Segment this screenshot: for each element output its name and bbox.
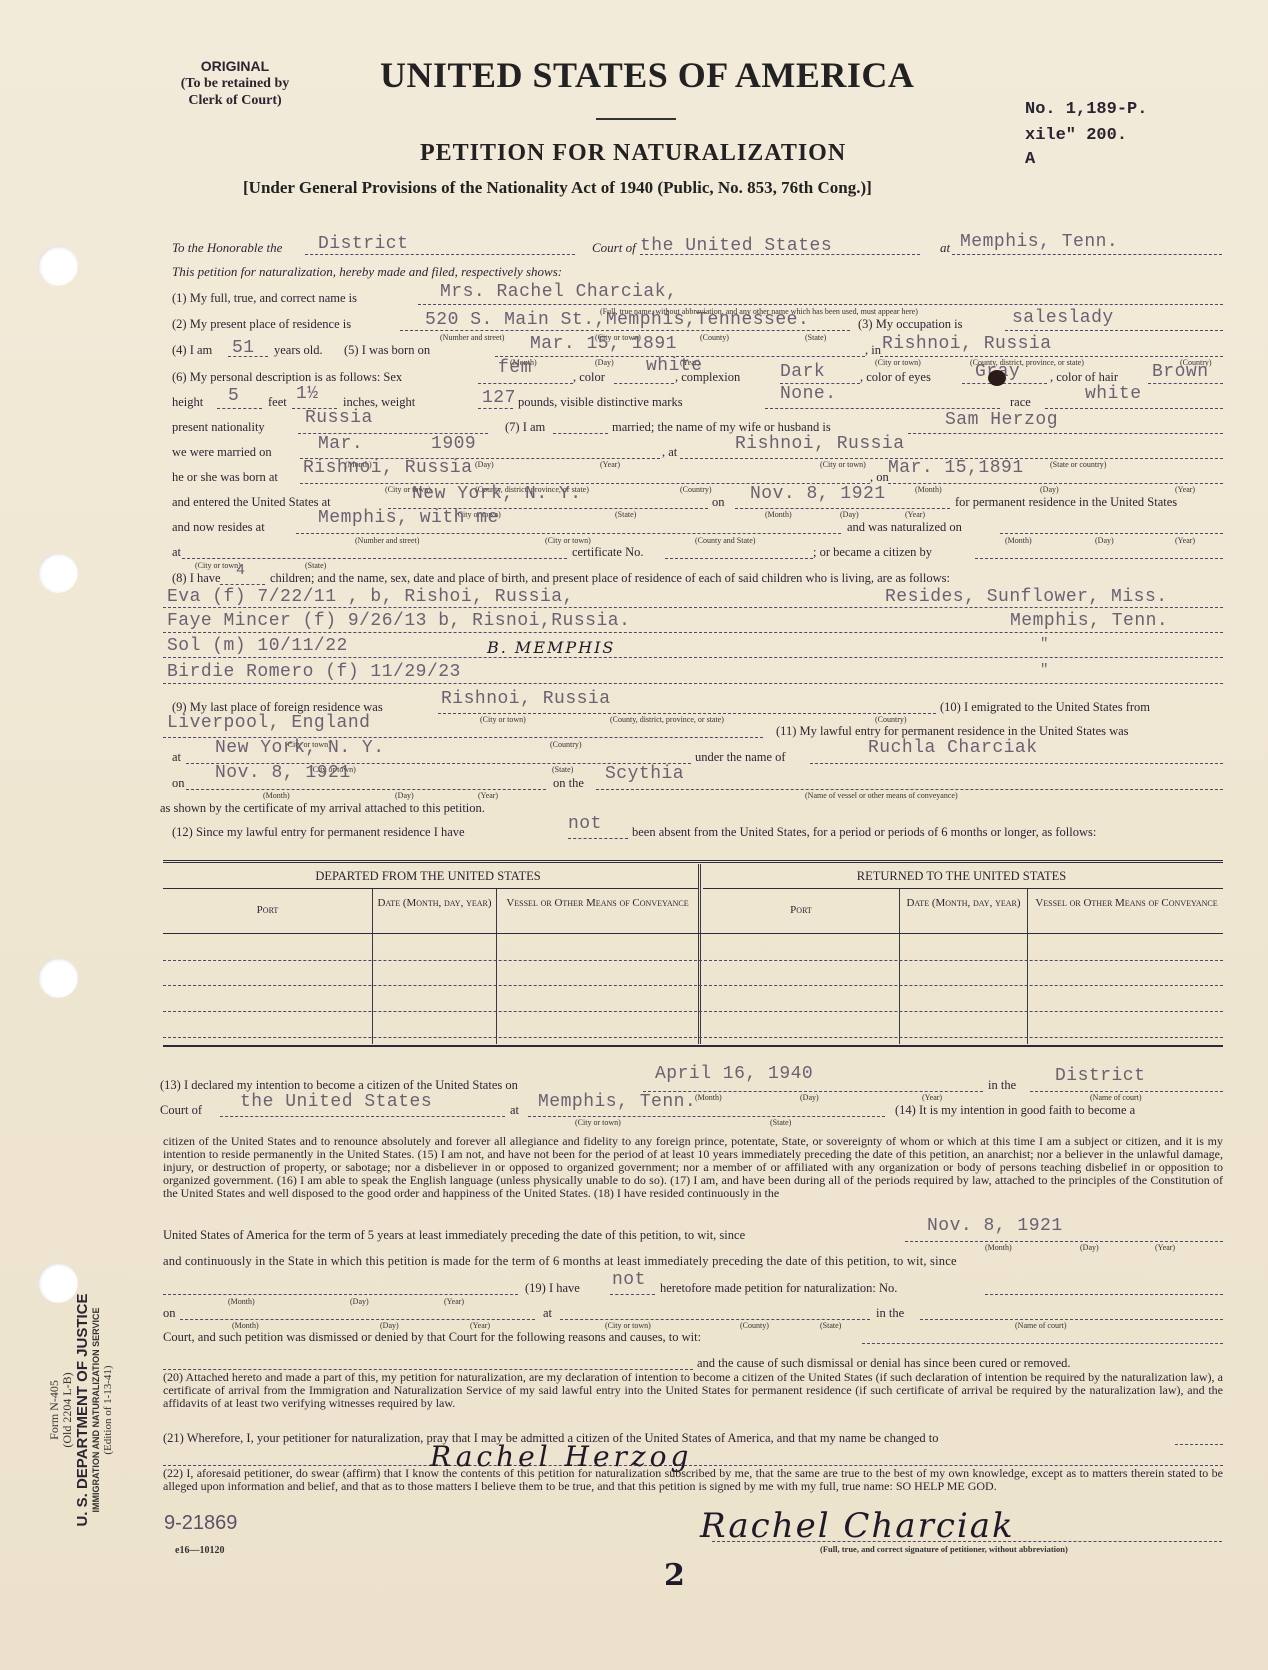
spouse-birthplace-field[interactable]: Rishnoi, Russia (303, 458, 473, 478)
label: at (510, 1103, 519, 1118)
petition-number: No. 1,189-P. (1025, 100, 1147, 119)
col-header: Port (163, 904, 372, 917)
caption: (State or country) (1050, 460, 1106, 469)
children-count-field[interactable]: 4 (236, 562, 246, 579)
caption: (Month) (765, 510, 792, 519)
absence-field[interactable]: not (568, 814, 602, 834)
spouse-entry-place-field[interactable]: New York, N. Y. (412, 484, 582, 504)
caption: (City or town) (195, 561, 241, 570)
label: at (172, 545, 181, 560)
caption: (Month) (985, 1243, 1012, 1252)
caption: (Name of vessel or other means of convey… (805, 791, 958, 800)
label: ; or became a citizen by (813, 545, 932, 560)
label: and the cause of such dismissal or denia… (697, 1356, 1071, 1371)
marriage-date-field[interactable]: Mar. 1909 (318, 434, 476, 454)
caption: (Country) (875, 715, 907, 724)
label: we were married on (172, 445, 272, 460)
label: on the (553, 776, 584, 791)
age-field[interactable]: 51 (232, 338, 255, 358)
child-entry[interactable]: Faye Mincer (f) 9/26/13 b, Risnoi,Russia… (167, 611, 630, 631)
label: feet (268, 395, 287, 410)
q22-paragraph: (22) I, aforesaid petitioner, do swear (… (163, 1467, 1223, 1493)
country-title: UNITED STATES OF AMERICA (380, 54, 914, 96)
label: (19) I have (525, 1281, 580, 1296)
label: , color of eyes (860, 370, 931, 385)
nationality-field[interactable]: Russia (305, 408, 373, 428)
label: on (712, 495, 725, 510)
service: IMMIGRATION AND NATURALIZATION SERVICE (91, 1260, 102, 1560)
declaration-court-field[interactable]: the United States (240, 1092, 432, 1112)
caption: (City or town) (820, 460, 866, 469)
entry-date-field[interactable]: Nov. 8, 1921 (215, 763, 351, 783)
label: race (1010, 395, 1031, 410)
caption: (City or town) (545, 536, 591, 545)
caption: (State) (615, 510, 636, 519)
label: as shown by the certificate of my arriva… (160, 801, 485, 816)
caption: (Name of court) (1090, 1093, 1142, 1102)
caption: (State) (305, 561, 326, 570)
caption: (Day) (395, 791, 414, 800)
title-rule (596, 118, 676, 120)
caption: (Day) (475, 460, 494, 469)
ink-blot (988, 370, 1006, 386)
court-location-field[interactable]: Memphis, Tenn. (960, 232, 1118, 252)
caption: (Year) (905, 510, 925, 519)
declaration-date-field[interactable]: April 16, 1940 (655, 1064, 813, 1084)
petition-intro: This petition for naturalization, hereby… (172, 264, 562, 280)
label: been absent from the United States, for … (632, 825, 1096, 840)
residence-field[interactable]: 520 S. Main St.,Memphis,Tennessee. (425, 310, 809, 330)
label: on (172, 776, 185, 791)
q3-label: (3) My occupation is (858, 317, 963, 332)
birth-date-field[interactable]: Mar. 15, 1891 (530, 334, 677, 354)
caption: (Month) (1005, 536, 1032, 545)
caption: (Month) (915, 485, 942, 494)
residence-since-field[interactable]: Nov. 8, 1921 (927, 1216, 1063, 1236)
punch-hole (38, 958, 78, 998)
child-residence[interactable]: " (1040, 662, 1049, 678)
marriage-place-field[interactable]: Rishnoi, Russia (735, 434, 905, 454)
caption: (Year) (1175, 485, 1195, 494)
caption: (City or town) (575, 1118, 621, 1127)
page-mark: 2 (664, 1558, 685, 1593)
hair-color-field[interactable]: Brown (1152, 362, 1209, 382)
caption: (Year) (444, 1297, 464, 1306)
years-old-label: years old. (274, 343, 323, 358)
caption: (Day) (595, 358, 614, 367)
spouse-name-field[interactable]: Sam Herzog (945, 410, 1058, 430)
label: (12) Since my lawful entry for permanent… (172, 825, 465, 840)
child-residence[interactable]: " (1040, 636, 1049, 652)
label: , complexion (675, 370, 740, 385)
caption: (Day) (350, 1297, 369, 1306)
label: pounds, visible distinctive marks (518, 395, 683, 410)
entry-name-field[interactable]: Ruchla Charciak (868, 738, 1038, 758)
child-birth-note: B. MEMPHIS (487, 638, 615, 657)
label: height (172, 395, 203, 410)
label: (14) It is my intention in good faith to… (895, 1103, 1135, 1118)
retained-note: (To be retained by (155, 76, 315, 92)
table-row (163, 960, 1223, 961)
edition: (Edition of 1-13-41) (102, 1260, 114, 1560)
label: under the name of (695, 750, 786, 765)
emigrated-from-field[interactable]: Liverpool, England (167, 713, 370, 733)
punch-hole (38, 553, 78, 593)
form-side-label: Form N-405 (Old 2204 L-B) U. S. DEPARTME… (48, 1260, 128, 1560)
label: , on (870, 470, 889, 485)
caption: (County) (740, 1321, 769, 1330)
child-entry[interactable]: Birdie Romero (f) 11/29/23 (167, 662, 461, 682)
caption: (Year) (922, 1093, 942, 1102)
col-header: Date (Month, day, year) (373, 897, 496, 910)
table-row (163, 1011, 1223, 1012)
caption: (Number and street) (355, 536, 419, 545)
child-entry[interactable]: Sol (m) 10/11/22 (167, 636, 348, 656)
label: present nationality (172, 420, 265, 435)
label: Court, and such petition was dismissed o… (163, 1330, 701, 1345)
court-of-label: Court of (592, 240, 636, 256)
label: in the (876, 1306, 904, 1321)
q2-label: (2) My present place of residence is (172, 317, 351, 332)
caption: (County, district, province, or state) (610, 715, 724, 724)
label: (7) I am (505, 420, 545, 435)
court-name-field[interactable]: the United States (640, 236, 832, 256)
department: U. S. DEPARTMENT OF JUSTICE (74, 1260, 91, 1560)
caption: (City or town) (605, 1321, 651, 1330)
caption: (City or town) (480, 715, 526, 724)
birth-place-field[interactable]: Rishnoi, Russia (882, 334, 1052, 354)
label: , at (662, 445, 677, 460)
form-title: PETITION FOR NATURALIZATION (420, 140, 846, 167)
form-subtitle: [Under General Provisions of the Nationa… (243, 178, 872, 198)
caption: (County) (700, 333, 729, 342)
label: married; the name of my wife or husband … (612, 420, 831, 435)
retained-note: Clerk of Court) (155, 93, 315, 109)
caption: (City or town) (875, 358, 921, 367)
stamp-letter: A (1025, 150, 1035, 169)
spouse-residence-field[interactable]: Memphis, with me (318, 508, 499, 528)
caption: (Day) (840, 510, 859, 519)
petitioner-signature: Rachel Charciak (700, 1506, 1015, 1546)
occupation-field[interactable]: saleslady (1012, 308, 1114, 328)
q4-label: (4) I am (172, 343, 212, 358)
old-form: (Old 2204 L-B) (61, 1260, 74, 1560)
vessel-field[interactable]: Scythia (605, 764, 684, 784)
col-header: Port (703, 904, 899, 917)
declaration-place-field[interactable]: Memphis, Tenn. (538, 1092, 696, 1112)
spouse-entry-date-field[interactable]: Nov. 8, 1921 (750, 484, 886, 504)
punch-hole (38, 246, 78, 286)
label: and now resides at (172, 520, 265, 535)
col-header: Vessel or Other Means of Conveyance (1030, 897, 1223, 910)
q6-label: (6) My personal description is as follow… (172, 370, 402, 385)
label: (8) I have (172, 571, 221, 586)
full-name-field[interactable]: Mrs. Rachel Charciak, (440, 282, 677, 302)
caption: (Number and street) (440, 333, 504, 342)
label: (11) My lawful entry for permanent resid… (776, 724, 1129, 739)
caption: (Country) (550, 740, 582, 749)
caption: (State) (805, 333, 826, 342)
caption: (Day) (380, 1321, 399, 1330)
last-foreign-residence-field[interactable]: Rishnoi, Russia (441, 689, 611, 709)
label: heretofore made petition for naturalizat… (660, 1281, 897, 1296)
q5-label: (5) I was born on (344, 343, 430, 358)
table-row (163, 1037, 1223, 1038)
child-entry[interactable]: Eva (f) 7/22/11 , b, Rishoi, Russia, (167, 587, 574, 607)
label: in the (988, 1078, 1016, 1093)
label: (10) I emigrated to the United States fr… (940, 700, 1150, 715)
departed-header: DEPARTED FROM THE UNITED STATES (163, 870, 693, 883)
prior-petition-field[interactable]: not (612, 1270, 646, 1290)
returned-header: RETURNED TO THE UNITED STATES (700, 870, 1223, 883)
label: children; and the name, sex, date and pl… (270, 571, 950, 586)
caption: (State) (770, 1118, 791, 1127)
sex-field[interactable]: fem (498, 358, 532, 378)
caption: (County and State) (695, 536, 755, 545)
distinctive-marks-field[interactable]: None. (780, 384, 837, 404)
col-header: Vessel or Other Means of Conveyance (500, 897, 695, 910)
label: at (172, 750, 181, 765)
to-honorable-label: To the Honorable the (172, 240, 282, 256)
label: , color (573, 370, 605, 385)
weight-field[interactable]: 127 (482, 388, 516, 408)
caption: (Year) (600, 460, 620, 469)
caption: (Day) (800, 1093, 819, 1102)
q1-label: (1) My full, true, and correct name is (172, 291, 357, 306)
caption: (Year) (478, 791, 498, 800)
label: and continuously in the State in which t… (163, 1254, 1223, 1269)
caption: (Month) (263, 791, 290, 800)
spouse-birth-date-field[interactable]: Mar. 15,1891 (888, 458, 1024, 478)
height-feet-field[interactable]: 5 (228, 386, 239, 406)
complexion-field[interactable]: Dark (780, 362, 825, 382)
caption: (Month) (232, 1321, 259, 1330)
caption: (Year) (470, 1321, 490, 1330)
caption: (State) (552, 765, 573, 774)
court-type-field[interactable]: District (318, 234, 408, 254)
label: , color of hair (1050, 370, 1118, 385)
declaration-court-type-field[interactable]: District (1055, 1066, 1145, 1086)
caption: (Day) (1095, 536, 1114, 545)
label: certificate No. (572, 545, 643, 560)
caption: (Month) (695, 1093, 722, 1102)
oath-paragraph: citizen of the United States and to reno… (163, 1135, 1223, 1200)
height-inches-field[interactable]: 1½ (296, 384, 319, 404)
at-label: at (940, 240, 950, 256)
caption: (Name of court) (1015, 1321, 1067, 1330)
label: United States of America for the term of… (163, 1228, 745, 1243)
caption: (Country) (680, 485, 712, 494)
naturalization-petition-page: ORIGINAL (To be retained by Clerk of Cou… (0, 0, 1268, 1670)
caption: (Year) (1175, 536, 1195, 545)
col-header: Date (Month, day, year) (900, 897, 1027, 910)
race-field[interactable]: white (1085, 384, 1142, 404)
child-residence[interactable]: Resides, Sunflower, Miss. (885, 587, 1168, 607)
signature-caption: (Full, true, and correct signature of pe… (820, 1544, 1068, 1554)
label: Court of (160, 1103, 202, 1118)
in-label: , in (865, 343, 881, 358)
caption: (State) (820, 1321, 841, 1330)
stamp-number: xile" 200. (1025, 126, 1127, 145)
child-residence[interactable]: Memphis, Tenn. (1010, 611, 1168, 631)
label: (13) I declared my intention to become a… (160, 1078, 518, 1093)
label: and entered the United States at (172, 495, 331, 510)
table-row (163, 985, 1223, 986)
label: on (163, 1306, 176, 1321)
label: for permanent residence in the United St… (955, 495, 1177, 510)
caption: (Year) (1155, 1243, 1175, 1252)
entry-port-field[interactable]: New York, N. Y. (215, 738, 385, 758)
file-number: 9-21869 (164, 1512, 237, 1535)
caption: (Day) (1080, 1243, 1099, 1252)
original-label: ORIGINAL (160, 58, 310, 74)
caption: (Day) (1040, 485, 1059, 494)
caption: (Month) (228, 1297, 255, 1306)
label: and was naturalized on (847, 520, 962, 535)
q20-paragraph: (20) Attached hereto and made a part of … (163, 1371, 1223, 1410)
print-code: e16—10120 (175, 1545, 224, 1556)
label: he or she was born at (172, 470, 278, 485)
label: at (543, 1306, 552, 1321)
